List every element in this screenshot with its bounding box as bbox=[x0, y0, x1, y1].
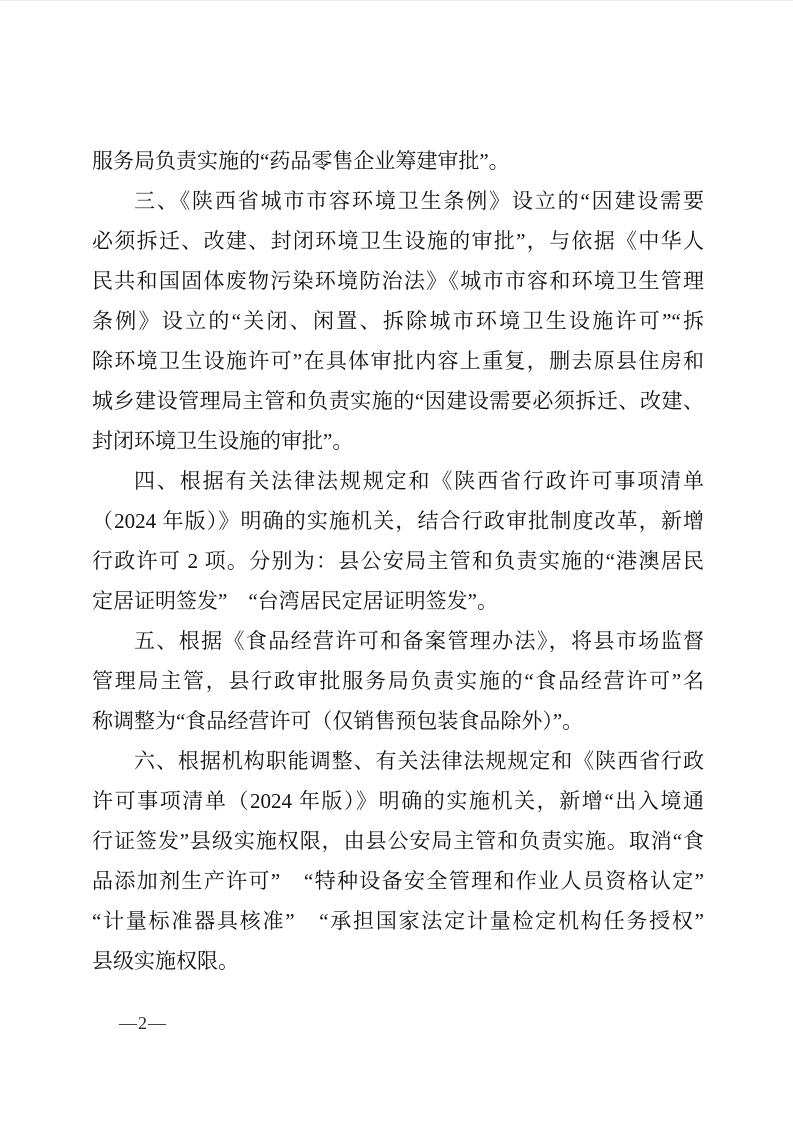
doc-line-section-six: 六、根据机构职能调整、有关法律法规规定和《陕西省行政 bbox=[92, 741, 704, 781]
doc-line: 条例》设立的“关闭、闲置、拆除城市环境卫生设施许可”“拆 bbox=[92, 301, 704, 341]
doc-line: 行政许可 2 项。分别为：县公安局主管和负责实施的“港澳居民 bbox=[92, 541, 704, 581]
doc-line: （2024 年版）》明确的实施机关，结合行政审批制度改革，新增 bbox=[92, 501, 704, 541]
scan-top-edge bbox=[0, 0, 793, 1]
doc-line: 民共和国固体废物污染环境防治法》《城市市容和环境卫生管理 bbox=[92, 261, 704, 301]
doc-line-section-five: 五、根据《食品经营许可和备案管理办法》，将县市场监督 bbox=[92, 621, 704, 661]
doc-line: 定居证明签发” “台湾居民定居证明签发”。 bbox=[92, 581, 704, 621]
page-number: —2— bbox=[119, 1003, 167, 1043]
doc-line: 除环境卫生设施许可”在具体审批内容上重复，删去原县住房和 bbox=[92, 341, 704, 381]
doc-line: 封闭环境卫生设施的审批”。 bbox=[92, 421, 704, 461]
doc-line: 城乡建设管理局主管和负责实施的“因建设需要必须拆迁、改建、 bbox=[92, 381, 704, 421]
doc-line: 县级实施权限。 bbox=[92, 941, 704, 981]
doc-line-section-four: 四、根据有关法律法规规定和《陕西省行政许可事项清单 bbox=[92, 461, 704, 501]
document-body-text: 服务局负责实施的“药品零售企业筹建审批”。 三、《陕西省城市市容环境卫生条例》设… bbox=[92, 141, 704, 981]
doc-line: 服务局负责实施的“药品零售企业筹建审批”。 bbox=[92, 141, 704, 181]
document-page: { "doc": { "lines": [ "服务局负责实施的“药品零售企业筹建… bbox=[0, 0, 793, 1122]
doc-line: 许可事项清单（2024 年版）》明确的实施机关，新增“出入境通 bbox=[92, 781, 704, 821]
doc-line: 称调整为“食品经营许可（仅销售预包装食品除外）”。 bbox=[92, 701, 704, 741]
doc-line: 行证签发”县级实施权限，由县公安局主管和负责实施。取消“食 bbox=[92, 821, 704, 861]
doc-line: “计量标准器具核准” “承担国家法定计量检定机构任务授权” bbox=[92, 901, 704, 941]
doc-line: 必须拆迁、改建、封闭环境卫生设施的审批”，与依据《中华人 bbox=[92, 221, 704, 261]
doc-line: 管理局主管，县行政审批服务局负责实施的“食品经营许可”名 bbox=[92, 661, 704, 701]
doc-line: 品添加剂生产许可” “特种设备安全管理和作业人员资格认定” bbox=[92, 861, 704, 901]
doc-line-section-three: 三、《陕西省城市市容环境卫生条例》设立的“因建设需要 bbox=[92, 181, 704, 221]
